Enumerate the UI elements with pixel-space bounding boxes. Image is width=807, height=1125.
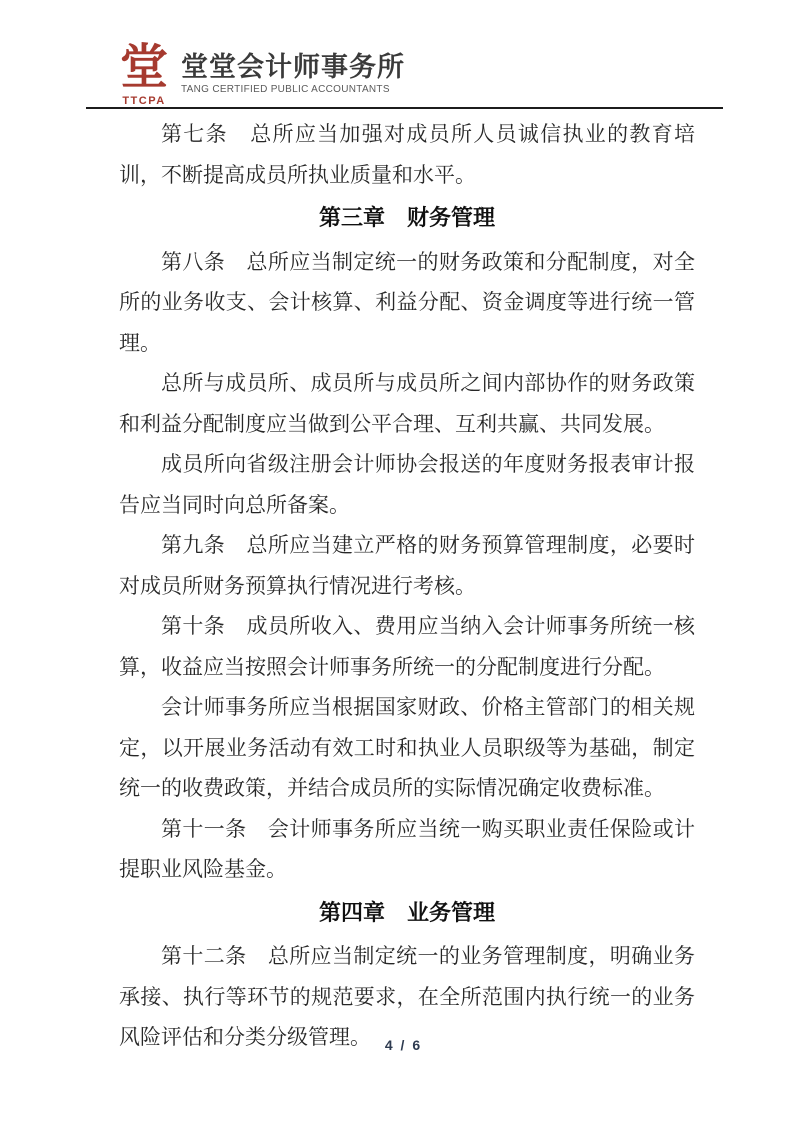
page-header: 堂 TTCPA 堂堂会计师事务所 TANG CERTIFIED PUBLIC A… [116,42,405,107]
document-page: 堂 TTCPA 堂堂会计师事务所 TANG CERTIFIED PUBLIC A… [0,0,807,1125]
company-names: 堂堂会计师事务所 TANG CERTIFIED PUBLIC ACCOUNTAN… [181,42,405,95]
seal-glyph-icon: 堂 [116,42,172,92]
paragraph-article-10: 第十条 成员所收入、费用应当纳入会计师事务所统一核算，收益应当按照会计师事务所统… [119,606,695,687]
paragraph-article-7: 第七条 总所应当加强对成员所人员诚信执业的教育培训，不断提高成员所执业质量和水平… [119,114,695,195]
chapter-heading-3: 第三章 财务管理 [119,198,695,239]
company-seal-logo: 堂 TTCPA [116,42,172,107]
page-number: 4 / 6 [385,1037,422,1053]
page-footer: 4 / 6 [0,1037,807,1053]
seal-ttcpa-label: TTCPA [116,95,172,107]
paragraph-article-8: 第八条 总所应当制定统一的财务政策和分配制度，对全所的业务收支、会计核算、利益分… [119,242,695,364]
paragraph-article-8-cont-1: 总所与成员所、成员所与成员所之间内部协作的财务政策和利益分配制度应当做到公平合理… [119,363,695,444]
paragraph-article-9: 第九条 总所应当建立严格的财务预算管理制度，必要时对成员所财务预算执行情况进行考… [119,525,695,606]
company-name-zh: 堂堂会计师事务所 [181,52,405,82]
document-body: 第七条 总所应当加强对成员所人员诚信执业的教育培训，不断提高成员所执业质量和水平… [119,114,695,1058]
paragraph-article-8-cont-2: 成员所向省级注册会计师协会报送的年度财务报表审计报告应当同时向总所备案。 [119,444,695,525]
paragraph-article-11: 第十一条 会计师事务所应当统一购买职业责任保险或计提职业风险基金。 [119,809,695,890]
chapter-heading-4: 第四章 业务管理 [119,893,695,934]
paragraph-article-10-cont: 会计师事务所应当根据国家财政、价格主管部门的相关规定，以开展业务活动有效工时和执… [119,687,695,809]
header-divider [86,107,723,109]
company-name-en: TANG CERTIFIED PUBLIC ACCOUNTANTS [181,84,405,95]
